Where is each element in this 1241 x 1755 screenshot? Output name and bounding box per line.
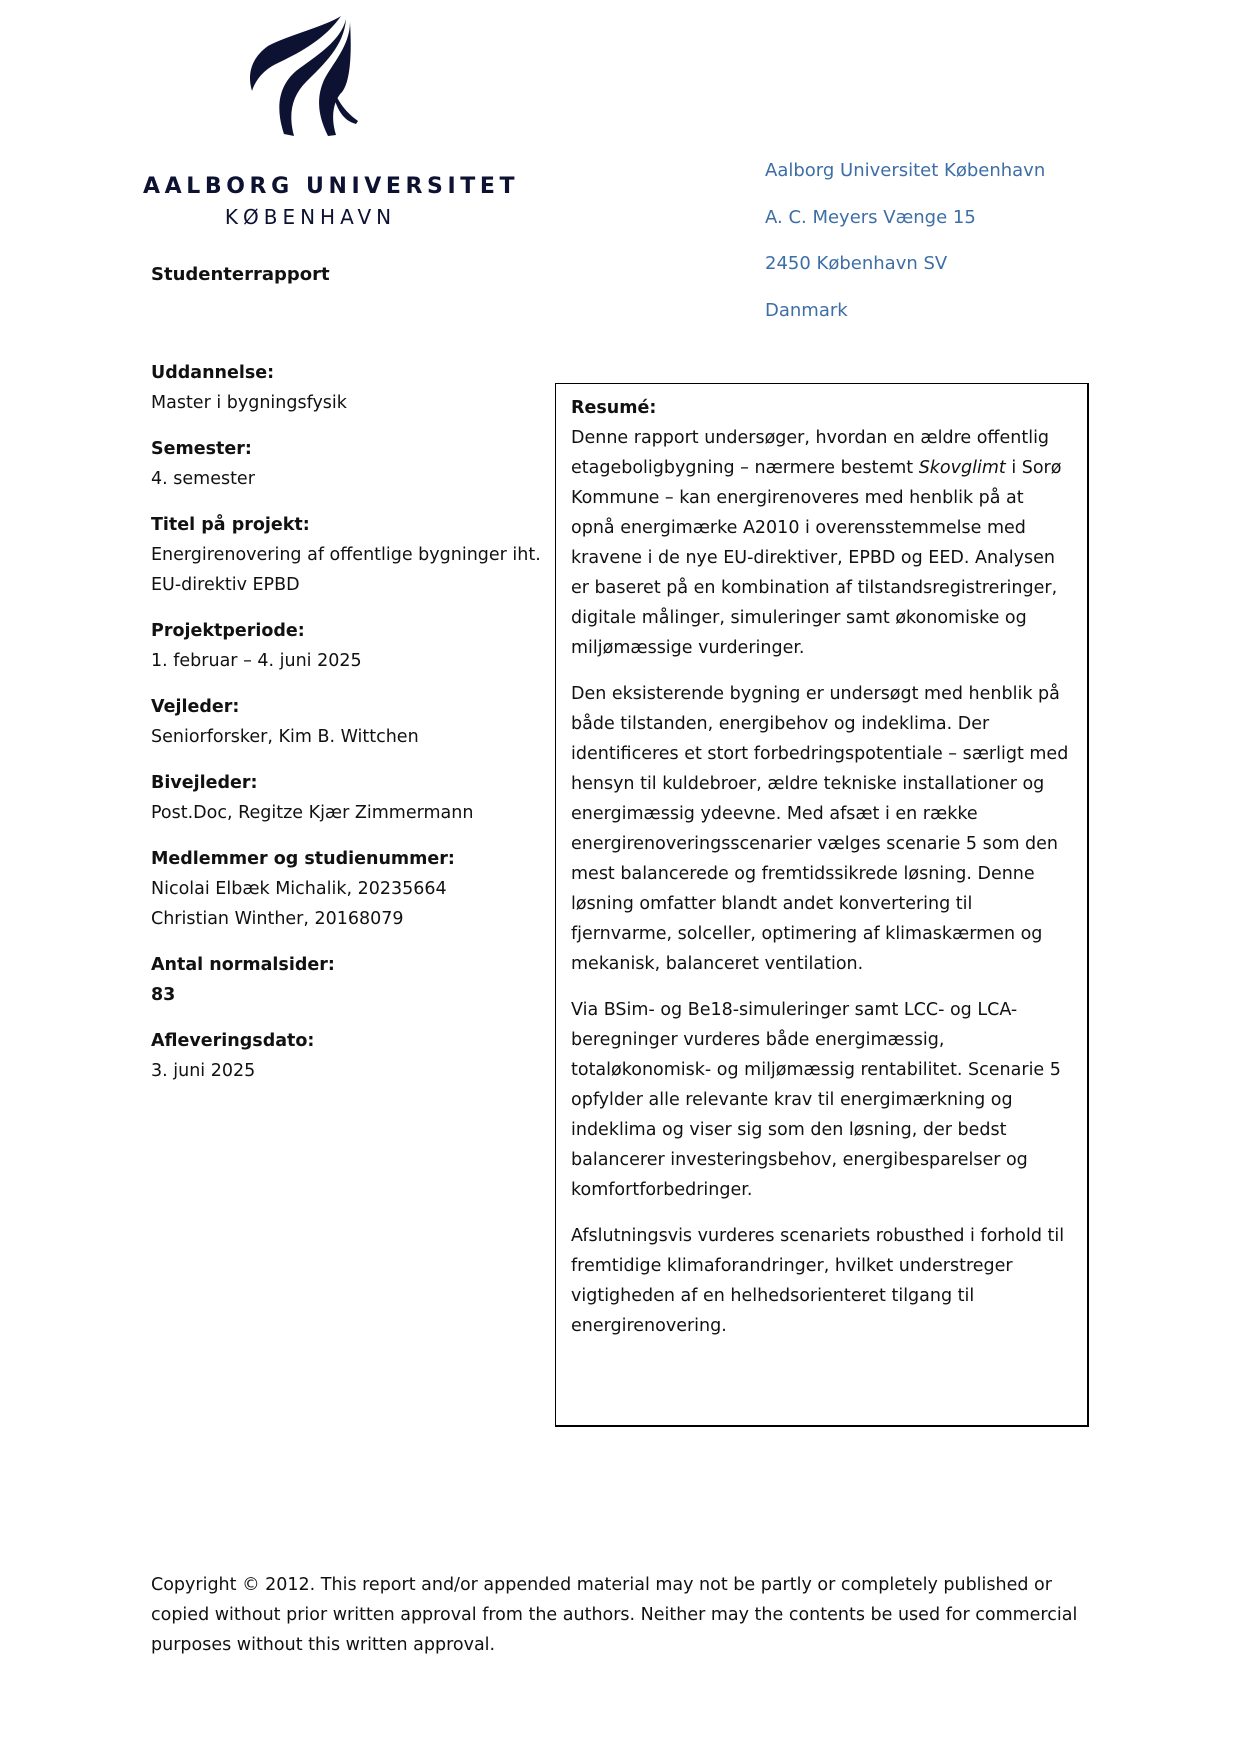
meta-members: Medlemmer og studienummer: Nicolai Elbæk… bbox=[151, 844, 551, 934]
project-metadata: Uddannelse: Master i bygningsfysik Semes… bbox=[151, 358, 551, 1102]
address-line: Aalborg Universitet København bbox=[765, 158, 1045, 205]
meta-label: Afleveringsdato: bbox=[151, 1026, 551, 1056]
meta-value: Master i bygningsfysik bbox=[151, 388, 551, 418]
meta-value: Post.Doc, Regitze Kjær Zimmermann bbox=[151, 798, 551, 828]
meta-label: Bivejleder: bbox=[151, 768, 551, 798]
meta-project-title: Titel på projekt: Energirenovering af of… bbox=[151, 510, 551, 600]
meta-value: 83 bbox=[151, 980, 551, 1010]
meta-value: 1. februar – 4. juni 2025 bbox=[151, 646, 551, 676]
meta-value: 3. juni 2025 bbox=[151, 1056, 551, 1086]
abstract-paragraph: Denne rapport undersøger, hvordan en æld… bbox=[571, 423, 1072, 663]
aau-wave-logo-icon bbox=[246, 16, 358, 138]
meta-label: Antal normalsider: bbox=[151, 950, 551, 980]
meta-label: Uddannelse: bbox=[151, 358, 551, 388]
meta-label: Titel på projekt: bbox=[151, 510, 551, 540]
address-block: Aalborg Universitet København A. C. Meye… bbox=[765, 158, 1045, 344]
abstract-paragraph: Afslutningsvis vurderes scenariets robus… bbox=[571, 1221, 1072, 1341]
logo-wordmark: AALBORG UNIVERSITET bbox=[143, 174, 478, 199]
meta-project-period: Projektperiode: 1. februar – 4. juni 202… bbox=[151, 616, 551, 676]
address-line: A. C. Meyers Vænge 15 bbox=[765, 205, 1045, 252]
meta-value: Seniorforsker, Kim B. Wittchen bbox=[151, 722, 551, 752]
meta-co-supervisor: Bivejleder: Post.Doc, Regitze Kjær Zimme… bbox=[151, 768, 551, 828]
abstract-paragraph: Den eksisterende bygning er undersøgt me… bbox=[571, 679, 1072, 979]
meta-label: Projektperiode: bbox=[151, 616, 551, 646]
abstract-title: Resumé: bbox=[571, 393, 1072, 423]
meta-label: Semester: bbox=[151, 434, 551, 464]
meta-supervisor: Vejleder: Seniorforsker, Kim B. Wittchen bbox=[151, 692, 551, 752]
report-type: Studenterrapport bbox=[151, 264, 330, 285]
logo-subtitle: KØBENHAVN bbox=[143, 205, 478, 229]
abstract-box: Resumé: Denne rapport undersøger, hvorda… bbox=[555, 383, 1089, 1427]
address-line: 2450 København SV bbox=[765, 251, 1045, 298]
building-name: Skovglimt bbox=[919, 458, 1006, 478]
address-line: Danmark bbox=[765, 298, 1045, 345]
meta-value: Nicolai Elbæk Michalik, 20235664 bbox=[151, 874, 551, 904]
meta-semester: Semester: 4. semester bbox=[151, 434, 551, 494]
abstract-text: i Sorø Kommune – kan energirenoveres med… bbox=[571, 458, 1061, 658]
abstract-paragraph: Via BSim- og Be18-simuleringer samt LCC-… bbox=[571, 995, 1072, 1205]
meta-value: Energirenovering af offentlige bygninger… bbox=[151, 540, 551, 570]
meta-value: Christian Winther, 20168079 bbox=[151, 904, 551, 934]
meta-label: Medlemmer og studienummer: bbox=[151, 844, 551, 874]
copyright-notice: Copyright © 2012. This report and/or app… bbox=[151, 1570, 1091, 1660]
meta-education: Uddannelse: Master i bygningsfysik bbox=[151, 358, 551, 418]
meta-page-count: Antal normalsider: 83 bbox=[151, 950, 551, 1010]
meta-label: Vejleder: bbox=[151, 692, 551, 722]
meta-value: 4. semester bbox=[151, 464, 551, 494]
meta-value: EU-direktiv EPBD bbox=[151, 570, 551, 600]
meta-submission-date: Afleveringsdato: 3. juni 2025 bbox=[151, 1026, 551, 1086]
